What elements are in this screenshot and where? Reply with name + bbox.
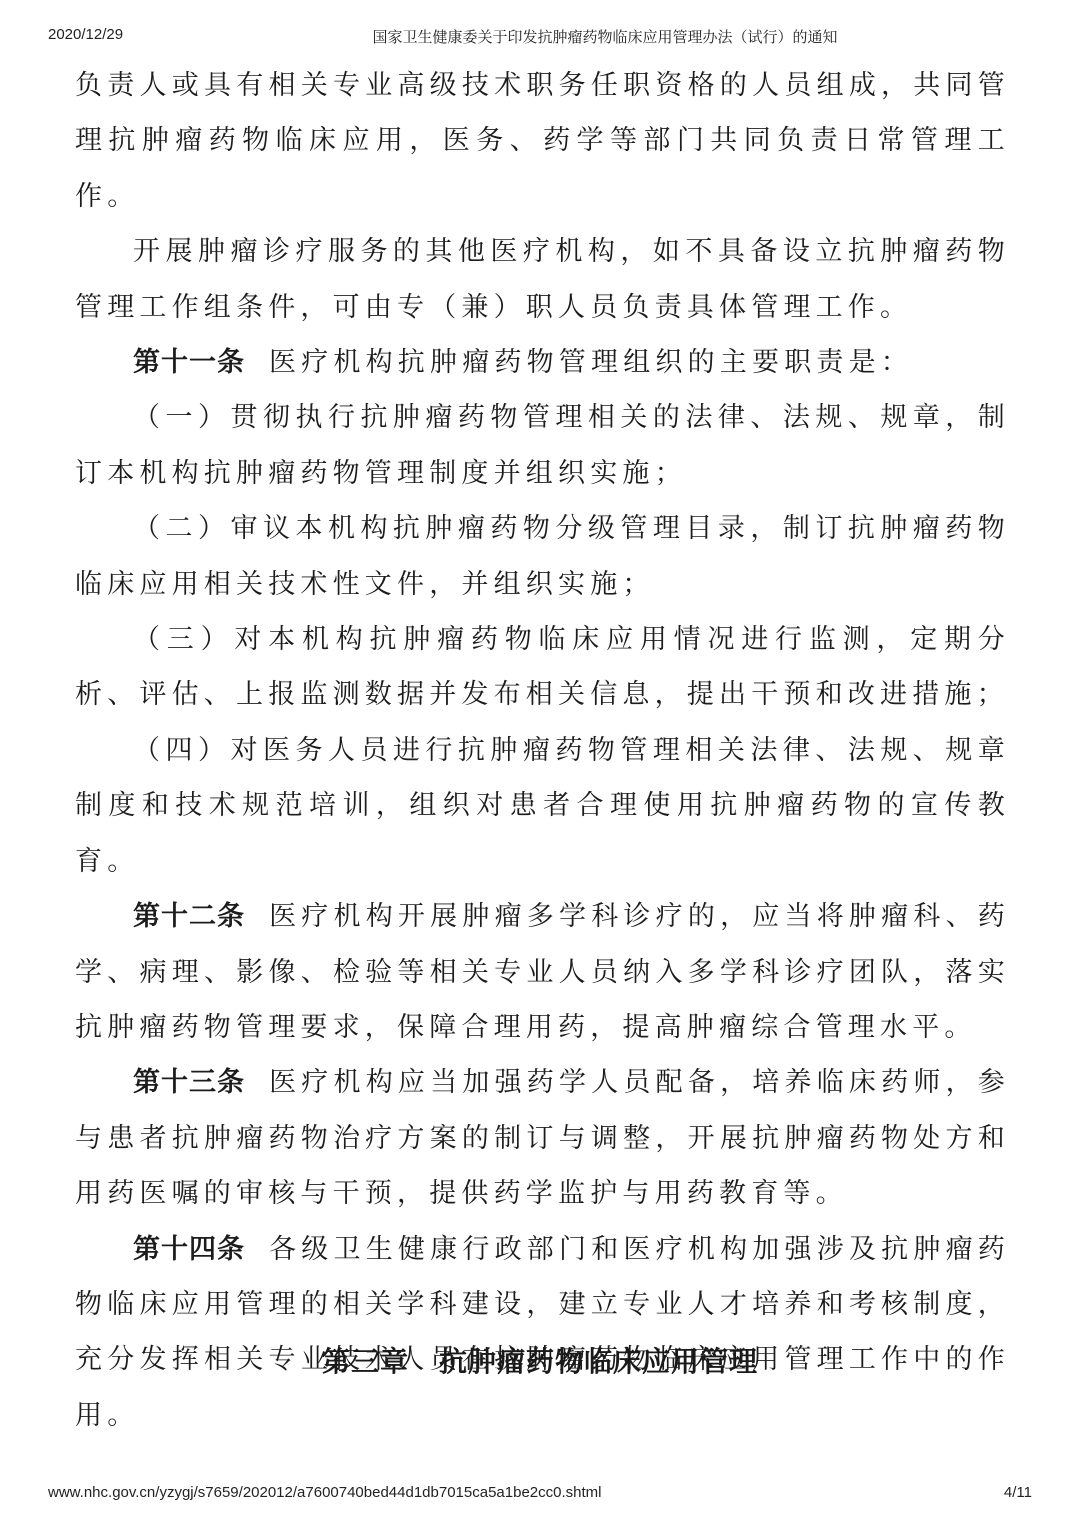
- article-11-text: 医疗机构抗肿瘤药物管理组织的主要职责是：: [269, 347, 913, 378]
- document-title: 国家卫生健康委关于印发抗肿瘤药物临床应用管理办法（试行）的通知: [0, 26, 1080, 47]
- article-11-label: 第十一条: [133, 347, 245, 378]
- print-footer: www.nhc.gov.cn/yzygj/s7659/202012/a76007…: [0, 1484, 1080, 1504]
- article-11-item-4: （四）对医务人员进行抗肿瘤药物管理相关法律、法规、规章制度和技术规范培训，组织对…: [75, 723, 1010, 889]
- paragraph-continued: 负责人或具有相关专业高级技术职务任职资格的人员组成，共同管理抗肿瘤药物临床应用，…: [75, 58, 1010, 224]
- document-body: 负责人或具有相关专业高级技术职务任职资格的人员组成，共同管理抗肿瘤药物临床应用，…: [75, 58, 1010, 1443]
- chapter-number: 第三章: [322, 1345, 409, 1378]
- article-14: 第十四条各级卫生健康行政部门和医疗机构加强涉及抗肿瘤药物临床应用管理的相关学科建…: [75, 1222, 1010, 1444]
- paragraph-other-institutions: 开展肿瘤诊疗服务的其他医疗机构，如不具备设立抗肿瘤药物管理工作组条件，可由专（兼…: [75, 224, 1010, 335]
- article-11-item-3: （三）对本机构抗肿瘤药物临床应用情况进行监测，定期分析、评估、上报监测数据并发布…: [75, 612, 1010, 723]
- chapter-title: 抗肿瘤药物临床应用管理: [439, 1345, 758, 1378]
- article-12-label: 第十二条: [133, 901, 245, 932]
- article-11-item-1: （一）贯彻执行抗肿瘤药物管理相关的法律、法规、规章，制订本机构抗肿瘤药物管理制度…: [75, 390, 1010, 501]
- print-header: 2020/12/29 国家卫生健康委关于印发抗肿瘤药物临床应用管理办法（试行）的…: [0, 26, 1080, 46]
- chapter-heading: 第三章抗肿瘤药物临床应用管理: [0, 1340, 1080, 1380]
- page-number: 4/11: [1004, 1484, 1032, 1501]
- article-12: 第十二条医疗机构开展肿瘤多学科诊疗的，应当将肿瘤科、药学、病理、影像、检验等相关…: [75, 889, 1010, 1055]
- article-11-item-2: （二）审议本机构抗肿瘤药物分级管理目录，制订抗肿瘤药物临床应用相关技术性文件，并…: [75, 501, 1010, 612]
- article-11: 第十一条医疗机构抗肿瘤药物管理组织的主要职责是：: [75, 335, 1010, 390]
- source-url[interactable]: www.nhc.gov.cn/yzygj/s7659/202012/a76007…: [48, 1484, 601, 1501]
- article-13: 第十三条医疗机构应当加强药学人员配备，培养临床药师，参与患者抗肿瘤药物治疗方案的…: [75, 1055, 1010, 1221]
- article-14-label: 第十四条: [133, 1234, 245, 1265]
- article-13-label: 第十三条: [133, 1067, 245, 1098]
